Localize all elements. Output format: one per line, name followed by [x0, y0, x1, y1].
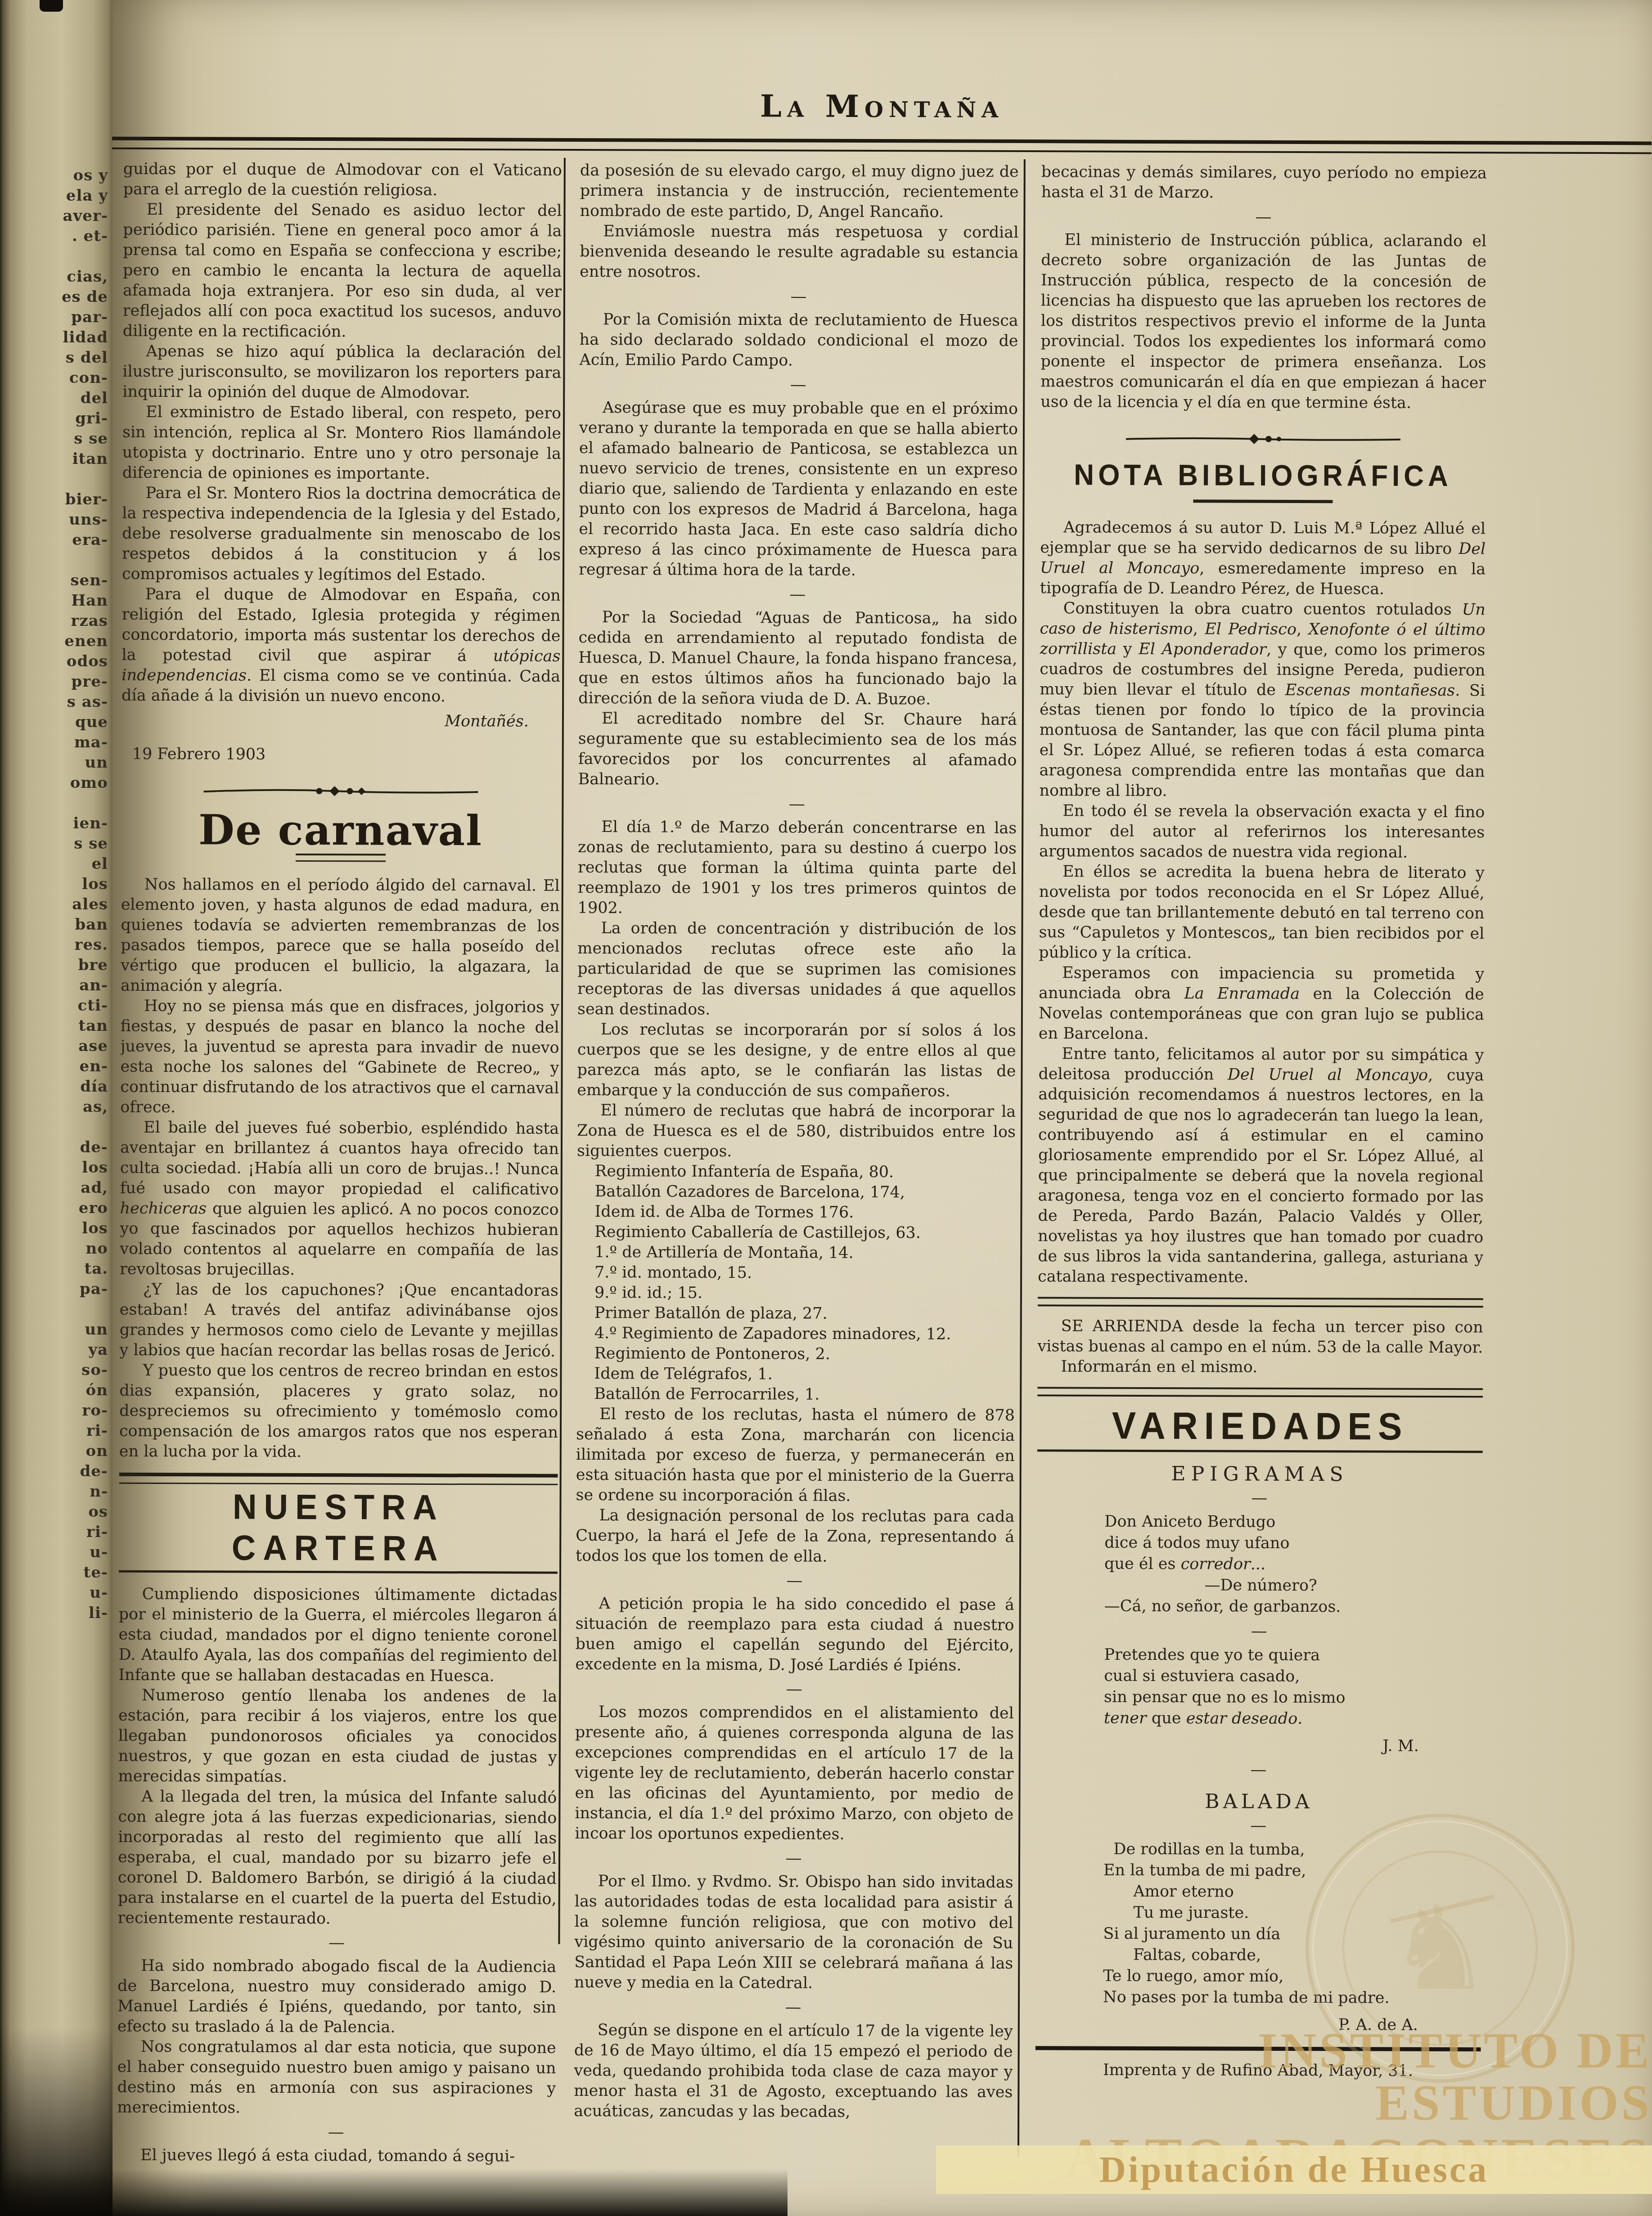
news-item: da posesión de su elevado cargo, el muy … — [580, 161, 1019, 283]
paragraph: El número de reclutas que habrá de incor… — [577, 1101, 1016, 1163]
item-separator: — — [1036, 1815, 1481, 1836]
paragraph: guidas por el duque de Almodovar con el … — [123, 159, 562, 201]
text-fragment: ero — [62, 1198, 108, 1218]
masthead-title: La Montaña — [112, 86, 1652, 127]
article-continuation: guidas por el duque de Almodovar con el … — [122, 159, 562, 707]
text-fragment: cti- — [62, 996, 108, 1016]
title-underline — [295, 854, 385, 862]
paragraph: Numeroso gentío llenaba los andenes de l… — [118, 1686, 558, 1788]
text-fragment — [62, 1117, 108, 1137]
poem-line: Amor eterno — [1036, 1881, 1481, 1903]
paragraph: Constituyen la obra cuatro cuentos rotul… — [1039, 598, 1485, 802]
paragraph: El exministro de Estado liberal, con res… — [122, 402, 562, 485]
poem-line: cual si estuviera casado, — [1036, 1665, 1482, 1688]
poem-line: No pases por la tumba de mi padre. — [1035, 1987, 1481, 2009]
double-rule — [1037, 1387, 1483, 1398]
paragraph: El día 1.º de Marzo deberán concentrarse… — [578, 817, 1017, 920]
paragraph: El acreditado nombre del Sr. Chaure hará… — [578, 709, 1017, 791]
paragraph: Apenas se hizo aquí pública la declaraci… — [122, 342, 561, 404]
text-fragment: ad, — [62, 1178, 108, 1198]
poem-line: tener que estar deseado. — [1036, 1708, 1482, 1730]
list-line: Regimiento Infantería de España, 80. — [577, 1161, 1016, 1183]
paragraph: Para el duque de Almodovar en España, co… — [122, 584, 561, 707]
text-fragment: rzas — [62, 611, 108, 631]
news-item: Por el Ilmo. y Rvdmo. Sr. Obispo han sid… — [574, 1871, 1013, 1994]
paragraph: El resto de los reclutas, hasta el númer… — [576, 1404, 1015, 1507]
text-fragment: ela y — [62, 186, 108, 206]
text-fragment: s as- — [62, 692, 108, 712]
paragraph: Informarán en el mismo. — [1037, 1357, 1483, 1378]
list-line: 1.º de Artillería de Montaña, 14. — [576, 1242, 1015, 1264]
text-fragment: es de — [62, 287, 108, 307]
news-item: Por la Sociedad “Aguas de Panticosa„ ha … — [578, 607, 1017, 791]
text-fragment: cias, — [62, 267, 108, 287]
text-fragment: os y — [62, 166, 108, 186]
paragraph: Los reclutas se incorporarán por sí solo… — [577, 1020, 1016, 1102]
list-line: Regimiento de Pontoneros, 2. — [576, 1344, 1015, 1365]
text-fragment: an- — [62, 975, 108, 996]
carnaval-body: Nos hallamos en el período álgido del ca… — [119, 875, 560, 1463]
poem-line: —De número? — [1037, 1574, 1482, 1597]
cartera-item: Ha sido nombrado abogado fiscal de la Au… — [117, 1956, 556, 2119]
article-date: 19 Febrero 1903 — [122, 744, 560, 766]
paragraph: becacinas y demás similares, cuyo períod… — [1041, 162, 1487, 204]
news-item: Asegúrase que es muy probable que en el … — [579, 398, 1018, 581]
poem-line: Si al juramento un día — [1035, 1923, 1481, 1946]
paragraph: Nos congratulamos al dar esta noticia, q… — [117, 2037, 556, 2119]
item-separator: — — [1037, 1487, 1482, 1509]
text-fragment: de- — [62, 1137, 108, 1158]
text-fragment: aver- — [62, 206, 108, 226]
item-separator: — — [580, 286, 1018, 307]
masthead-rule — [112, 137, 1652, 154]
section-title-nuestra-cartera: NUESTRA CARTERA — [119, 1486, 558, 1569]
text-fragment: . et- — [62, 226, 108, 247]
text-fragment: te- — [62, 1563, 108, 1583]
list-line: Batallón Cazadores de Barcelona, 174, — [577, 1182, 1016, 1203]
section-rule — [1037, 1449, 1483, 1453]
paragraph: La designación personal de los reclutas … — [576, 1506, 1014, 1568]
item-separator: — — [579, 584, 1017, 605]
text-fragment: era- — [62, 530, 108, 550]
item-separator: — — [579, 374, 1018, 396]
photo-bottom-shadow — [0, 2158, 788, 2216]
text-fragment: lidad — [62, 328, 108, 348]
list-line: 7.º id. montado, 15. — [576, 1263, 1015, 1284]
poem-line: que él es corredor... — [1037, 1553, 1482, 1576]
section-title-carnaval: De carnaval — [121, 808, 560, 853]
poem-signature: J. M. — [1036, 1735, 1482, 1757]
text-fragment: as, — [62, 1097, 108, 1117]
text-fragment: n- — [62, 1482, 108, 1502]
section-title-variedades: VARIEDADES — [1037, 1405, 1483, 1447]
paragraph: Esperamos con impaciencia su prometida y… — [1039, 963, 1485, 1045]
paragraph: El presidente del Senado es asiduo lecto… — [123, 200, 562, 343]
section-title-nota-bibliografica: NOTA BIBLIOGRÁFICA — [1040, 455, 1486, 497]
item-separator: — — [576, 1570, 1014, 1591]
paragraph: La orden de concentración y distribución… — [577, 918, 1017, 1021]
text-fragment: sen- — [62, 571, 108, 591]
text-fragment: so- — [62, 1360, 108, 1380]
poem-line: En la tumba de mi padre, — [1036, 1860, 1481, 1882]
paragraph: El ministerio de Instrucción pública, ac… — [1040, 230, 1486, 414]
paragraph: Nos hallamos en el período álgido del ca… — [121, 875, 560, 998]
text-fragment — [62, 550, 108, 571]
subsection-title-epigramas: EPIGRAMAS — [1037, 1463, 1483, 1485]
paragraph: En todo él se revela la observación exac… — [1039, 801, 1485, 863]
news-item: El día 1.º de Marzo deberán concentrarse… — [577, 817, 1017, 1163]
news-item: becacinas y demás similares, cuyo períod… — [1041, 162, 1487, 204]
column-2: da posesión de su elevado cargo, el muy … — [574, 161, 1019, 2187]
classified-ad: SE ARRIENDA desde la fecha un tercer pis… — [1037, 1316, 1483, 1378]
paragraph: Ha sido nombrado abogado fiscal de la Au… — [117, 1956, 557, 2038]
text-fragment: pre- — [62, 672, 108, 692]
paragraph: Los mozos comprendidos en el alistamient… — [575, 1702, 1014, 1845]
photo-corner-mark — [40, 0, 63, 12]
item-separator: — — [575, 1678, 1014, 1700]
text-fragment: s del — [62, 348, 108, 368]
paragraph: Por el Ilmo. y Rvdmo. Sr. Obispo han sid… — [574, 1871, 1013, 1994]
news-item: Por la Comisión mixta de reclutamiento d… — [579, 310, 1018, 372]
ornament-divider — [1040, 427, 1486, 449]
text-fragment: bier- — [62, 490, 108, 510]
text-fragment: ya — [62, 1340, 108, 1360]
item-separator: — — [1036, 1759, 1482, 1780]
text-fragment — [62, 793, 108, 814]
poem-line: Te lo ruego, amor mío, — [1035, 1965, 1481, 1988]
text-fragment: ri- — [62, 1522, 108, 1542]
text-fragment: os — [62, 1502, 108, 1522]
text-fragment: un — [62, 1320, 108, 1340]
text-fragment: los — [62, 1218, 108, 1239]
news-item: Según se dispone en el artículo 17 de la… — [574, 2020, 1013, 2123]
text-fragment: omo — [62, 773, 108, 793]
paragraph: ¿Y las de los capuchones? ¡Que encantado… — [119, 1280, 558, 1362]
news-item: El ministerio de Instrucción pública, ac… — [1040, 230, 1486, 414]
text-fragment: u- — [62, 1542, 108, 1563]
text-fragment: ales — [62, 894, 108, 915]
text-fragment: los — [62, 1158, 108, 1178]
cartera-item: Cumpliendo disposiciones últimamente dic… — [118, 1584, 558, 1930]
masthead: La Montaña — [112, 86, 1652, 127]
text-fragment: un — [62, 753, 108, 773]
column-1: guidas por el duque de Almodovar con el … — [117, 159, 562, 2185]
text-fragment: s se — [62, 834, 108, 854]
text-fragment: con- — [62, 368, 108, 388]
text-fragment: ase — [62, 1036, 108, 1056]
text-fragment: ón — [62, 1380, 108, 1401]
paragraph: A la llegada del tren, la música del Inf… — [118, 1787, 557, 1930]
text-fragment: no — [62, 1239, 108, 1259]
previous-page-edge: os yela yaver-. et-cias,es depar-lidads … — [0, 0, 113, 2216]
text-fragment: Han — [62, 591, 108, 611]
poem-line: dice á todos muy ufano — [1037, 1532, 1482, 1555]
newspaper-page: La Montaña guidas por el duque de Almodo… — [113, 0, 1652, 2216]
ornament-divider — [121, 780, 560, 801]
nota-body: Agradecemos á su autor D. Luis M.ª López… — [1038, 517, 1485, 1288]
poem-line: Don Aniceto Berdugo — [1037, 1511, 1482, 1533]
paragraph: da posesión de su elevado cargo, el muy … — [580, 161, 1018, 223]
poem-line: Faltas, cobarde, — [1035, 1944, 1481, 1967]
poem-signature: P. A. de A. — [1035, 2014, 1481, 2036]
poem-line: De rodillas en la tumba, — [1036, 1838, 1481, 1861]
list-line: Regimiento Caballería de Castillejos, 63… — [576, 1222, 1015, 1244]
item-separator: — — [117, 1932, 556, 1954]
text-fragment — [62, 469, 108, 490]
list-line: 4.º Regimiento de Zapadores minadores, 1… — [576, 1323, 1015, 1345]
text-fragment: itan — [62, 449, 108, 469]
text-fragment: ma- — [62, 733, 108, 753]
column-3: becacinas y demás similares, cuyo períod… — [1035, 162, 1487, 2188]
text-fragment: uns- — [62, 510, 108, 530]
paragraph: Para el Sr. Montero Rios la doctrina dem… — [122, 483, 561, 586]
news-item: Los mozos comprendidos en el alistamient… — [575, 1702, 1014, 1845]
list-line: Idem id. de Alba de Tormes 176. — [576, 1202, 1015, 1223]
paragraph: Según se dispone en el artículo 17 de la… — [574, 2020, 1013, 2123]
list-line: Primer Batallón de plaza, 27. — [576, 1303, 1015, 1325]
epigram-2: Pretendes que yo te quieracual si estuvi… — [1036, 1644, 1482, 1730]
section-rule — [119, 1570, 558, 1574]
text-fragment: en- — [62, 1056, 108, 1077]
news-item: A petición propia le ha sido concedido e… — [575, 1594, 1014, 1676]
text-fragment: par- — [62, 307, 108, 328]
column-divider — [1017, 159, 1026, 2157]
text-fragment: ien- — [62, 814, 108, 834]
text-fragment: on — [62, 1441, 108, 1461]
paragraph: Asegúrase que es muy probable que en el … — [579, 398, 1018, 581]
text-fragment: que — [62, 712, 108, 733]
item-separator: — — [1041, 206, 1486, 228]
poem-line: sin pensar que no es lo mismo — [1036, 1686, 1482, 1709]
paragraph: SE ARRIENDA desde la fecha un tercer pis… — [1038, 1316, 1483, 1358]
balada-poem: De rodillas en la tumba,En la tumba de m… — [1035, 1838, 1481, 2009]
paragraph: Por la Sociedad “Aguas de Panticosa„ ha … — [578, 607, 1017, 710]
paragraph: Cumpliendo disposiciones últimamente dic… — [118, 1584, 558, 1687]
item-separator: — — [1037, 1620, 1482, 1642]
poem-line: Tu me juraste. — [1036, 1902, 1481, 1924]
paragraph: En éllos se acredita la buena hebra de l… — [1039, 862, 1485, 964]
printed-content: La Montaña guidas por el duque de Almodo… — [106, 0, 1652, 2216]
text-fragment: pa- — [62, 1279, 108, 1299]
paragraph: Agradecemos á su autor D. Luis M.ª López… — [1040, 517, 1486, 600]
text-fragment: tan — [62, 1016, 108, 1036]
text-fragment: enen — [62, 631, 108, 652]
text-fragment: ta. — [62, 1259, 108, 1279]
cutoff-text-fragments: os yela yaver-. et-cias,es depar-lidads … — [62, 166, 108, 1623]
poem-line: Pretendes que yo te quiera — [1036, 1644, 1482, 1667]
section-rule — [119, 1473, 558, 1485]
footer-rule — [1035, 2046, 1481, 2051]
text-fragment: los — [62, 874, 108, 894]
text-fragment: el — [62, 854, 108, 874]
subsection-title-balada: BALADA — [1036, 1791, 1481, 1812]
news-item: El resto de los reclutas, hasta el númer… — [576, 1404, 1015, 1568]
item-separator: — — [575, 1847, 1013, 1869]
imprint-line: Imprenta y de Rufino Abad, Mayor, 31. — [1035, 2060, 1481, 2081]
text-fragment: día — [62, 1077, 108, 1097]
item-separator: — — [574, 1996, 1013, 2018]
paragraph: El baile del jueves fué soberbio, esplén… — [120, 1118, 559, 1281]
text-fragment: ro- — [62, 1401, 108, 1421]
poem-line: —Cá, no señor, de garbanzos. — [1037, 1596, 1482, 1618]
text-fragment — [62, 247, 108, 267]
paragraph: Enviámosle nuestra más respetuosa y cord… — [580, 221, 1018, 283]
text-fragment: de- — [62, 1461, 108, 1482]
article-signature: Montañés. — [122, 710, 560, 732]
text-fragment: bre — [62, 955, 108, 975]
paragraph: Entre tanto, felicitamos al autor por su… — [1038, 1044, 1484, 1288]
recruit-assignments-list: Regimiento Infantería de España, 80.Bata… — [576, 1161, 1016, 1406]
list-line: 9.º id. id.; 15. — [576, 1283, 1015, 1304]
text-fragment: li- — [62, 1603, 108, 1623]
text-fragment — [62, 1299, 108, 1320]
text-fragment: u- — [62, 1583, 108, 1603]
item-separator: — — [578, 793, 1017, 815]
list-line: Batallón de Ferrocarriles, 1. — [576, 1384, 1015, 1406]
title-underline — [1193, 499, 1332, 503]
text-fragment: ban — [62, 915, 108, 935]
paragraph: Y puesto que los centros de recreo brind… — [119, 1361, 558, 1463]
paragraph: Por la Comisión mixta de reclutamiento d… — [579, 310, 1018, 372]
text-fragment: gri- — [62, 409, 108, 429]
list-line: Idem de Telégrafos, 1. — [576, 1364, 1015, 1385]
text-fragment: res. — [62, 935, 108, 955]
double-rule — [1038, 1297, 1483, 1308]
paragraph: A petición propia le ha sido concedido e… — [575, 1594, 1014, 1676]
text-fragment: del — [62, 388, 108, 409]
newspaper-scan: os yela yaver-. et-cias,es depar-lidads … — [0, 0, 1652, 2216]
item-separator: — — [117, 2122, 556, 2143]
text-fragment: s se — [62, 429, 108, 449]
paragraph: Hoy no se piensa más que en disfraces, j… — [120, 996, 559, 1119]
text-fragment: ri- — [62, 1421, 108, 1441]
text-fragment: odos — [62, 652, 108, 672]
epigram-1: Don Aniceto Berdugodice á todos muy ufan… — [1037, 1511, 1483, 1618]
